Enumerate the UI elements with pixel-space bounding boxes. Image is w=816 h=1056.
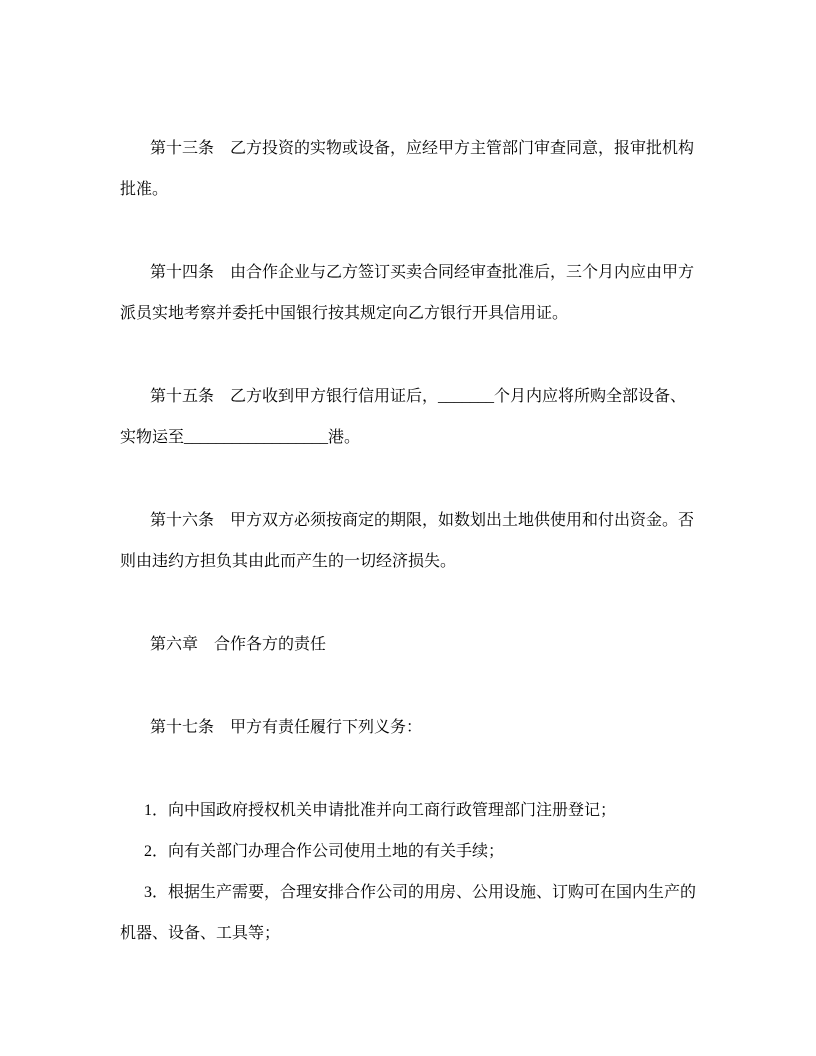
article-17-paragraph: 第十七条 甲方有责任履行下列义务： — [120, 707, 704, 748]
article-16-paragraph: 第十六条 甲方双方必须按商定的期限，如数划出土地供使用和付出资金。否 则由违约方… — [120, 500, 704, 582]
obligation-item-3-line-2: 机器、设备、工具等； — [120, 913, 704, 954]
article-14-paragraph: 第十四条 由合作企业与乙方签订买卖合同经审查批准后，三个月内应由甲方 派员实地考… — [120, 252, 704, 334]
obligation-item-2: 2．向有关部门办理合作公司使用土地的有关手续； — [120, 831, 704, 872]
obligation-item-3-line-1: 3．根据生产需要，合理安排合作公司的用房、公用设施、订购可在国内生产的 — [120, 872, 704, 913]
article-15-paragraph: 第十五条 乙方收到甲方银行信用证后，_______个月内应将所购全部设备、 实物… — [120, 376, 704, 458]
article-16-line-2: 则由违约方担负其由此而产生的一切经济损失。 — [120, 541, 704, 582]
chapter-6-heading: 第六章 合作各方的责任 — [120, 624, 704, 665]
article-16-line-1: 第十六条 甲方双方必须按商定的期限，如数划出土地供使用和付出资金。否 — [120, 500, 704, 541]
chapter-6-heading-line: 第六章 合作各方的责任 — [120, 624, 704, 665]
article-14-line-1: 第十四条 由合作企业与乙方签订买卖合同经审查批准后，三个月内应由甲方 — [120, 252, 704, 293]
article-15-line-1: 第十五条 乙方收到甲方银行信用证后，_______个月内应将所购全部设备、 — [120, 376, 704, 417]
article-13-line-2: 批准。 — [120, 169, 704, 210]
article-14-line-2: 派员实地考察并委托中国银行按其规定向乙方银行开具信用证。 — [120, 293, 704, 334]
obligations-list: 1．向中国政府授权机关申请批准并向工商行政管理部门注册登记； 2．向有关部门办理… — [120, 790, 704, 954]
article-13-paragraph: 第十三条 乙方投资的实物或设备，应经甲方主管部门审查同意，报审批机构 批准。 — [120, 128, 704, 210]
obligation-item-1: 1．向中国政府授权机关申请批准并向工商行政管理部门注册登记； — [120, 790, 704, 831]
document-page: 第十三条 乙方投资的实物或设备，应经甲方主管部门审查同意，报审批机构 批准。 第… — [0, 0, 816, 1056]
article-13-line-1: 第十三条 乙方投资的实物或设备，应经甲方主管部门审查同意，报审批机构 — [120, 128, 704, 169]
article-15-line-2: 实物运至__________________港。 — [120, 417, 704, 458]
article-17-line-1: 第十七条 甲方有责任履行下列义务： — [120, 707, 704, 748]
